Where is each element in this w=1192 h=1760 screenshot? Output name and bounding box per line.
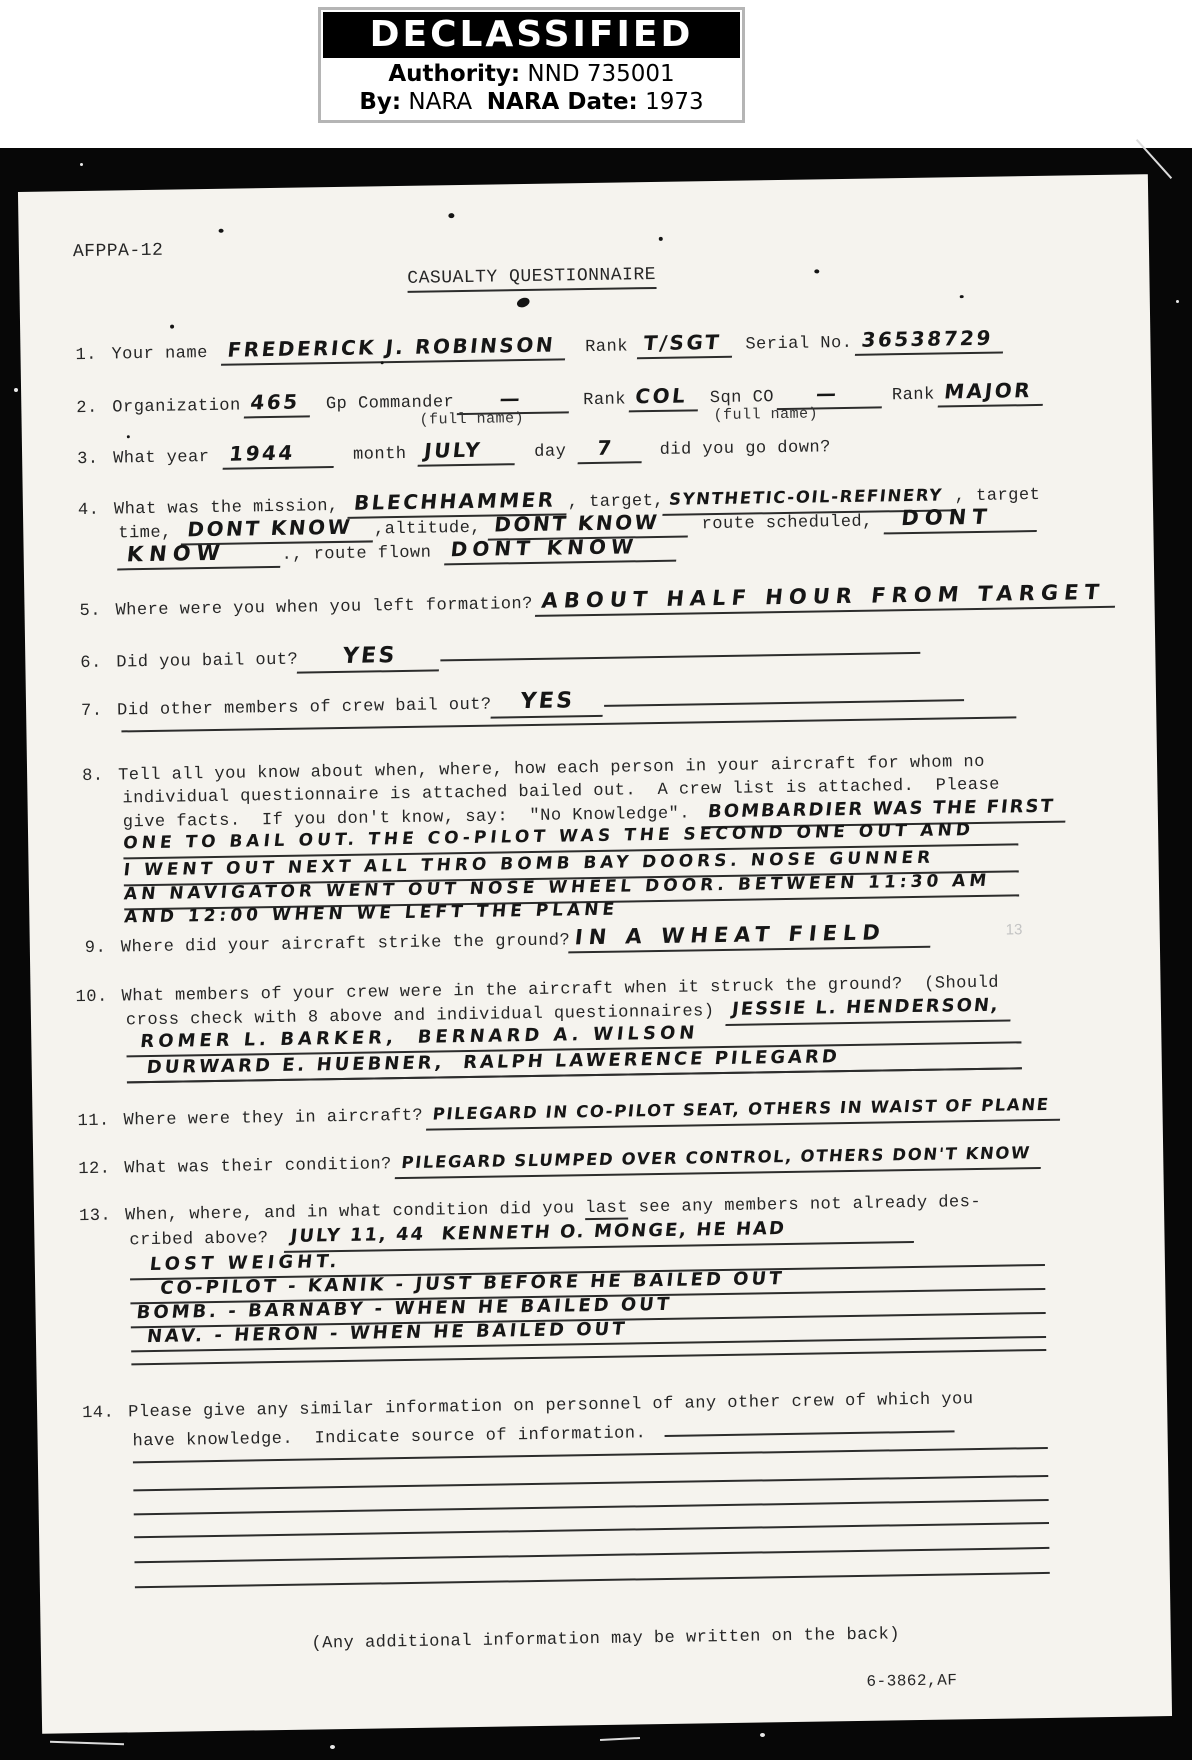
- scratch-mark: [50, 1741, 124, 1746]
- q12-label: What was their condition?: [124, 1155, 392, 1178]
- q13-number: 13.: [79, 1203, 125, 1230]
- q9-answer: IN A WHEAT FIELD: [569, 919, 934, 954]
- by-value: NARA: [408, 89, 472, 115]
- q13-label-line2: cribed above?: [129, 1229, 268, 1250]
- q13-answer-line1-text: LOST WEIGHT.: [149, 1251, 342, 1275]
- noise-speck: [170, 325, 174, 329]
- date-label: NARA Date:: [487, 89, 638, 115]
- q3-tail-label: did you go down?: [660, 438, 832, 460]
- noise-speck: [80, 163, 83, 166]
- page-title: CASUALTY QUESTIONNAIRE: [407, 262, 656, 292]
- q2-rank2-label: Rank: [892, 386, 935, 406]
- noise-speck: [448, 213, 454, 218]
- q3-month-label: month: [353, 445, 407, 465]
- q1-number: 1.: [75, 343, 111, 370]
- q1-name-value: FREDERICK J. ROBINSON: [221, 331, 569, 365]
- q10-number: 10.: [75, 984, 121, 1011]
- question-12: 12.What was their condition?PILEGARD SLU…: [78, 1140, 1042, 1184]
- q2-label: Organization: [112, 396, 241, 417]
- q3-day-label: day: [534, 442, 566, 462]
- noise-speck: [760, 1733, 765, 1737]
- q1-serial-label: Serial No.: [745, 334, 852, 355]
- q4-route-sched-label: route scheduled,: [702, 513, 874, 535]
- q11-number: 11.: [77, 1108, 123, 1135]
- noise-speck: [127, 435, 130, 438]
- stamp-authority-line: Authority: NND 735001: [321, 60, 742, 88]
- q6-number: 6.: [80, 650, 116, 677]
- q7-number: 7.: [81, 698, 117, 725]
- scanned-document-page: { "stamp": { "title": "DECLASSIFIED", "a…: [0, 0, 1192, 1760]
- q2-sqn-label: Sqn CO: [710, 388, 775, 408]
- q9-label: Where did your aircraft strike the groun…: [121, 931, 571, 957]
- q4-route-flown-label: ., route flown: [281, 544, 431, 565]
- q5-number: 5.: [79, 598, 115, 625]
- q8-number: 8.: [82, 763, 118, 790]
- q2-rank2-value: MAJOR: [938, 377, 1046, 408]
- page-title-text: CASUALTY QUESTIONNAIRE: [407, 265, 656, 293]
- declassified-banner: DECLASSIFIED: [323, 12, 740, 58]
- authority-value: NND 735001: [527, 61, 674, 87]
- q3-month-value: JULY: [417, 436, 517, 467]
- q3-number: 3.: [77, 447, 113, 474]
- q4-number: 4.: [78, 498, 114, 525]
- scan-top-margin: DECLASSIFIED Authority: NND 735001 By: N…: [0, 0, 1192, 148]
- footer-note: (Any additional information may be writt…: [41, 1618, 1171, 1662]
- q14-blank-line-4: [134, 1522, 1049, 1538]
- noise-speck: [381, 361, 384, 364]
- noise-speck: [814, 269, 819, 273]
- q1-serial-value: 36538729: [855, 324, 1006, 355]
- scan-artifact-mark: 13: [1006, 921, 1023, 938]
- noise-speck: [1176, 300, 1179, 303]
- form-number: 6-3862,AF: [866, 1667, 957, 1694]
- q1-label: Your name: [111, 344, 208, 365]
- noise-speck: [330, 1745, 335, 1749]
- authority-label: Authority:: [388, 61, 520, 87]
- q7-label: Did other members of crew bail out?: [117, 696, 492, 721]
- q14-blank-line-6: [135, 1572, 1050, 1588]
- noise-speck: [960, 295, 964, 298]
- q12-number: 12.: [78, 1156, 124, 1183]
- questionnaire-page: AFPPA-12 CASUALTY QUESTIONNAIRE 1.Your n…: [18, 174, 1172, 1734]
- q14-number: 14.: [82, 1400, 128, 1427]
- q4-route-sched-value-1: DONT: [884, 503, 1040, 534]
- q13-ruled-line: [131, 1349, 1046, 1365]
- noise-speck: [14, 388, 18, 392]
- q3-year-value: 1944: [222, 439, 336, 470]
- q5-label: Where were you when you left formation?: [115, 595, 533, 621]
- q1-rank-value: T/SGT: [637, 329, 735, 360]
- q11-answer: PILEGARD IN CO-PILOT SEAT, OTHERS IN WAI…: [426, 1092, 1063, 1131]
- question-6: 6.Did you bail out?YES: [80, 632, 921, 677]
- question-1: 1.Your name FREDERICK J. ROBINSON Rank T…: [75, 324, 1005, 369]
- q1-rank-label: Rank: [585, 337, 628, 357]
- q4-route-flown-value: DONT KNOW: [444, 533, 679, 566]
- q2-full-name-note-1: (full name): [419, 410, 524, 429]
- q5-answer: ABOUT HALF HOUR FROM TARGET: [535, 579, 1118, 617]
- q14-blank-line-3: [134, 1499, 1049, 1515]
- q6-label: Did you bail out?: [116, 651, 298, 673]
- q2-rank1-value: COL: [629, 382, 701, 412]
- q2-rank1-label: Rank: [583, 390, 626, 410]
- q13-label-underlined-word: last: [585, 1199, 628, 1221]
- q11-label: Where were they in aircraft?: [123, 1107, 423, 1131]
- q14-blank-line-5: [134, 1547, 1049, 1563]
- q2-org-value: 465: [244, 388, 313, 418]
- question-11: 11.Where were they in aircraft?PILEGARD …: [77, 1092, 1061, 1136]
- q14-short-blank-line: [664, 1410, 954, 1437]
- q13-label-post: see any members not already des-: [628, 1193, 981, 1218]
- question-3: 3.What year 1944 month JULY day 7 did yo…: [77, 431, 831, 473]
- q6-blank-line: [440, 632, 920, 662]
- q12-answer: PILEGARD SLUMPED OVER CONTROL, OTHERS DO…: [394, 1140, 1043, 1179]
- noise-speck: [583, 523, 587, 526]
- q2-number: 2.: [76, 396, 112, 423]
- question-5: 5.Where were you when you left formation…: [79, 579, 1117, 625]
- by-label: By:: [359, 89, 401, 115]
- form-code: AFPPA-12: [73, 238, 164, 265]
- noise-smudge: [516, 296, 531, 309]
- date-value: 1973: [645, 89, 704, 115]
- question-2: 2.Organization 465 Gp Commander — Rank C…: [76, 377, 1044, 422]
- q9-number: 9.: [85, 935, 121, 962]
- declassified-stamp: DECLASSIFIED Authority: NND 735001 By: N…: [318, 7, 745, 123]
- q7-answer: YES: [490, 688, 605, 719]
- q14-blank-line-2: [133, 1475, 1048, 1491]
- q6-answer: YES: [297, 642, 442, 673]
- q3-year-label: What year: [113, 448, 210, 469]
- q7-blank-line: [604, 679, 964, 707]
- noise-speck: [659, 237, 663, 241]
- q4-route-sched-value-2: KNOW: [117, 539, 283, 571]
- q2-full-name-note-2: (full name): [713, 405, 818, 424]
- stamp-by-line: By: NARA NARA Date: 1973: [321, 88, 742, 116]
- q3-day-value: 7: [577, 434, 645, 464]
- scratch-mark: [600, 1737, 640, 1741]
- noise-speck: [219, 229, 224, 233]
- q14-label-line2: have knowledge. Indicate source of infor…: [132, 1424, 646, 1451]
- question-7: 7.Did other members of crew bail out?YES: [81, 679, 964, 725]
